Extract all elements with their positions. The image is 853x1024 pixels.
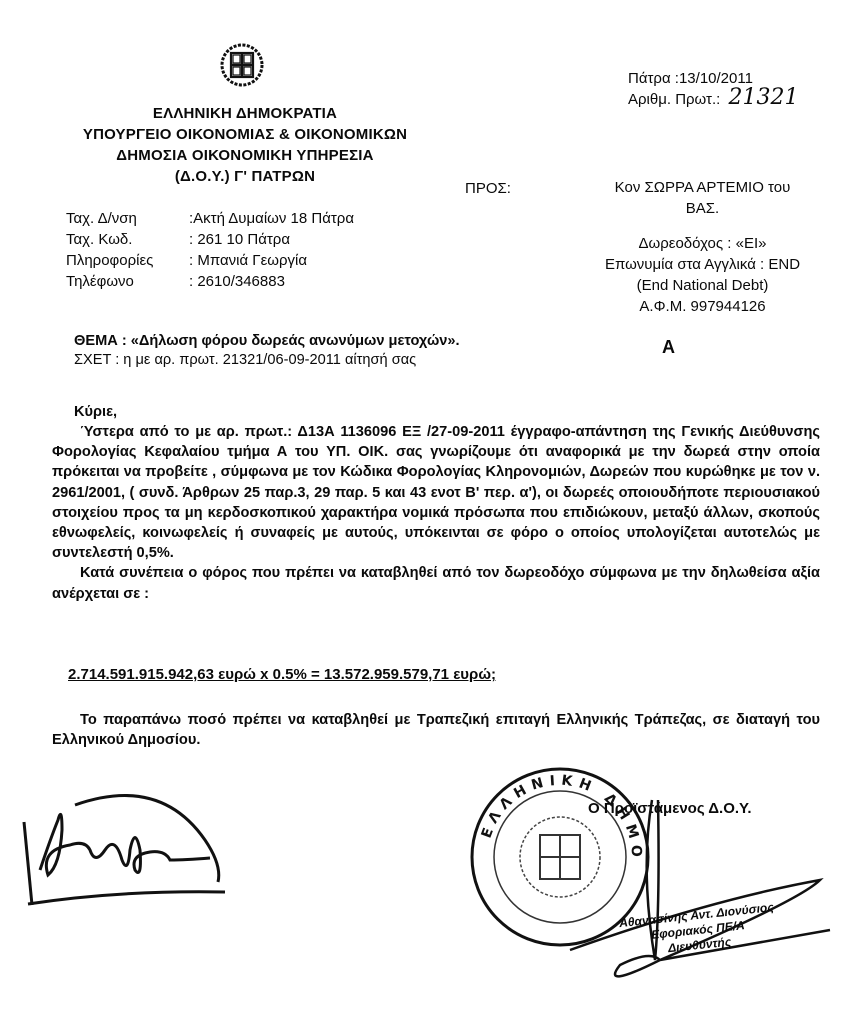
recipient-name-line1: Κον ΣΩΡΡΑ ΑΡΤΕΜΙΟ του [550,177,853,198]
header-line-ministry: ΥΠΟΥΡΓΕΙΟ ΟΙΚΟΝΟΜΙΑΣ & ΟΙΚΟΝΟΜΙΚΩΝ [40,124,450,145]
recipient-english-full: (End National Debt) [550,275,853,296]
info-row-contact: Πληροφορίες : Μπανιά Γεωργία [66,250,446,271]
header-line-service: ΔΗΜΟΣΙΑ ΟΙΚΟΝΟΜΙΚΗ ΥΠΗΡΕΣΙΑ [40,145,450,166]
recipient-donee: Δωρεοδόχος : «ΕΙ» [550,233,853,254]
date-block: Πάτρα :13/10/2011 Αριθμ. Πρωτ.: 21321 [628,69,853,109]
subject-reference: ΣΧΕΤ : η με αρ. πρωτ. 21321/06-09-2011 α… [74,351,634,370]
paragraph-legal-basis: Ύστερα από το με αρ. πρωτ.: Δ13Α 1136096… [52,422,820,563]
recipient-english-name: Επωνυμία στα Αγγλικά : END [550,254,853,275]
info-value: : Μπανιά Γεωργία [189,250,307,271]
header-line-office: (Δ.Ο.Υ.) Γ' ΠΑΤΡΩΝ [40,166,450,187]
left-signature [10,780,230,920]
recipient-block: Κον ΣΩΡΡΑ ΑΡΤΕΜΙΟ του ΒΑΣ. Δωρεοδόχος : … [550,177,853,317]
letter-body: Κύριε, Ύστερα από το με αρ. πρωτ.: Δ13Α … [52,402,820,604]
info-label: Πληροφορίες [66,250,189,271]
info-row-postcode: Ταχ. Κωδ. : 261 10 Πάτρα [66,229,446,250]
paragraph-tax-due: Κατά συνέπεια ο φόρος που πρέπει να κατα… [52,563,820,603]
info-value: :Ακτή Δυμαίων 18 Πάτρα [189,208,354,229]
info-label: Τηλέφωνο [66,271,189,292]
handwritten-mark: Α [662,337,675,358]
recipient-afm: Α.Φ.Μ. 997944126 [550,296,853,317]
info-value: : 2610/346883 [189,271,285,292]
info-label: Ταχ. Κωδ. [66,229,189,250]
paragraph-payment: Το παραπάνω ποσό πρέπει να καταβληθεί με… [52,710,820,750]
info-row-phone: Τηλέφωνο : 2610/346883 [66,271,446,292]
tax-calculation: 2.714.591.915.942,63 ευρώ x 0.5% = 13.57… [68,666,496,683]
info-value: : 261 10 Πάτρα [189,229,290,250]
issuer-header: ΕΛΛΗΝΙΚΗ ΔΗΜΟΚΡΑΤΙΑ ΥΠΟΥΡΓΕΙΟ ΟΙΚΟΝΟΜΙΑΣ… [40,103,450,187]
subject-thema: ΘΕΜΑ : «Δήλωση φόρου δωρεάς ανωνύμων μετ… [74,332,634,351]
recipient-name-line2: ΒΑΣ. [550,198,853,219]
salutation: Κύριε, [74,402,820,422]
sender-info: Ταχ. Δ/νση :Ακτή Δυμαίων 18 Πάτρα Ταχ. Κ… [66,208,446,292]
info-row-address: Ταχ. Δ/νση :Ακτή Δυμαίων 18 Πάτρα [66,208,446,229]
info-label: Ταχ. Δ/νση [66,208,189,229]
payment-block: Το παραπάνω ποσό πρέπει να καταβληθεί με… [52,710,820,750]
protocol-label: Αριθμ. Πρωτ.: [628,91,720,108]
greek-coat-of-arms-icon [219,42,265,88]
subject-block: ΘΕΜΑ : «Δήλωση φόρου δωρεάς ανωνύμων μετ… [74,332,634,370]
protocol-number: 21321 [729,85,799,110]
header-line-republic: ΕΛΛΗΝΙΚΗ ΔΗΜΟΚΡΑΤΙΑ [40,103,450,124]
to-label: ΠΡΟΣ: [465,178,511,199]
